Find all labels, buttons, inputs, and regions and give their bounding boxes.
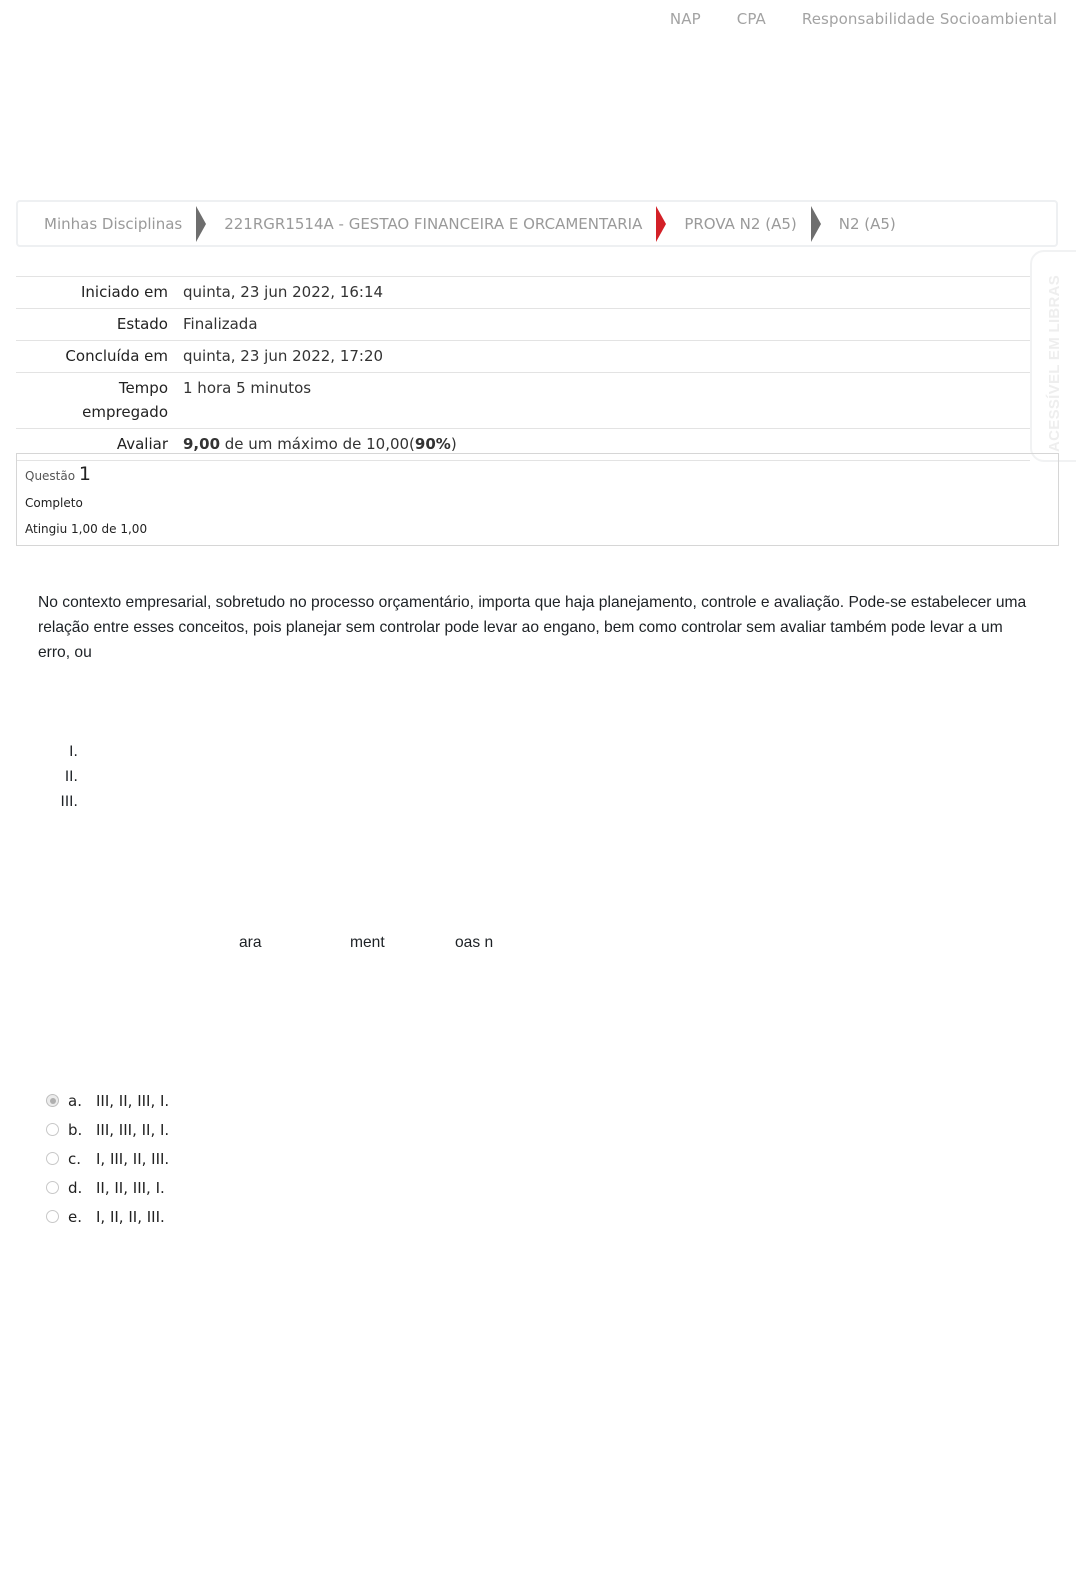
answer-options: a. III, II, III, I. b. III, III, II, I. …: [46, 1086, 169, 1231]
breadcrumb-minhas-disciplinas[interactable]: Minhas Disciplinas: [44, 215, 182, 233]
question-number-value: 1: [79, 463, 91, 485]
summary-row-state: Estado Finalizada: [16, 309, 1030, 341]
answer-text: I, II, II, III.: [96, 1208, 165, 1226]
question-text: No contexto empresarial, sobretudo no pr…: [38, 590, 1038, 665]
time-label-line1: Tempo: [119, 379, 168, 397]
radio-icon[interactable]: [46, 1152, 59, 1165]
answer-text: III, III, II, I.: [96, 1121, 169, 1139]
state-label: Estado: [16, 309, 183, 341]
question-status: Completo: [25, 490, 1050, 516]
summary-row-completed: Concluída em quinta, 23 jun 2022, 17:20: [16, 341, 1030, 373]
text-fragment: oas n: [455, 934, 493, 952]
radio-icon[interactable]: [46, 1181, 59, 1194]
top-nav: NAP CPA Responsabilidade Socioambiental: [634, 10, 1057, 28]
roman-item: III.: [50, 790, 78, 815]
radio-icon[interactable]: [46, 1210, 59, 1223]
question-number: Questão 1: [25, 460, 1050, 490]
breadcrumb-exam[interactable]: PROVA N2 (A5): [684, 215, 796, 233]
time-label: Tempoempregado: [16, 373, 183, 429]
radio-icon[interactable]: [46, 1123, 59, 1136]
question-label: Questão: [25, 469, 75, 483]
started-label: Iniciado em: [16, 277, 183, 309]
completed-value: quinta, 23 jun 2022, 17:20: [183, 341, 1030, 373]
answer-letter: a.: [68, 1092, 96, 1110]
nav-link-cpa[interactable]: CPA: [737, 10, 766, 28]
text-fragment: ment: [350, 934, 385, 952]
roman-list: I. II. III.: [50, 740, 78, 815]
answer-text: II, II, III, I.: [96, 1179, 165, 1197]
answer-letter: e.: [68, 1208, 96, 1226]
state-value: Finalizada: [183, 309, 1030, 341]
grade-max: de um máximo de 10,00(: [220, 435, 415, 453]
libras-accessibility-tab[interactable]: ACESSÍVEL EM LIBRAS: [1030, 250, 1076, 462]
breadcrumb-course[interactable]: 221RGR1514A - GESTAO FINANCEIRA E ORCAME…: [224, 215, 642, 233]
breadcrumb-current[interactable]: N2 (A5): [839, 215, 896, 233]
breadcrumb-arrow-icon: [656, 206, 666, 242]
breadcrumb-arrow-icon: [196, 206, 206, 242]
answer-letter: b.: [68, 1121, 96, 1139]
roman-item: I.: [50, 740, 78, 765]
attempt-summary-table: Iniciado em quinta, 23 jun 2022, 16:14 E…: [16, 276, 1030, 461]
answer-text: III, II, III, I.: [96, 1092, 169, 1110]
answer-option-d[interactable]: d. II, II, III, I.: [46, 1173, 169, 1202]
answer-text: I, III, II, III.: [96, 1150, 169, 1168]
answer-option-b[interactable]: b. III, III, II, I.: [46, 1115, 169, 1144]
nav-link-responsabilidade[interactable]: Responsabilidade Socioambiental: [802, 10, 1057, 28]
answer-option-e[interactable]: e. I, II, II, III.: [46, 1202, 169, 1231]
started-value: quinta, 23 jun 2022, 16:14: [183, 277, 1030, 309]
breadcrumb: Minhas Disciplinas 221RGR1514A - GESTAO …: [16, 200, 1058, 247]
summary-row-started: Iniciado em quinta, 23 jun 2022, 16:14: [16, 277, 1030, 309]
time-value: 1 hora 5 minutos: [183, 373, 1030, 429]
answer-letter: d.: [68, 1179, 96, 1197]
question-info-box: Questão 1 Completo Atingiu 1,00 de 1,00: [16, 453, 1059, 546]
answer-letter: c.: [68, 1150, 96, 1168]
question-mark: Atingiu 1,00 de 1,00: [25, 516, 1050, 542]
answer-option-a[interactable]: a. III, II, III, I.: [46, 1086, 169, 1115]
text-fragment: ara: [239, 934, 262, 952]
grade-score: 9,00: [183, 435, 220, 453]
completed-label: Concluída em: [16, 341, 183, 373]
radio-selected-icon[interactable]: [46, 1094, 59, 1107]
time-label-line2: empregado: [82, 403, 168, 421]
summary-row-time: Tempoempregado 1 hora 5 minutos: [16, 373, 1030, 429]
grade-percent: 90%: [415, 435, 451, 453]
answer-option-c[interactable]: c. I, III, II, III.: [46, 1144, 169, 1173]
nav-link-nap[interactable]: NAP: [670, 10, 701, 28]
libras-tab-label: ACESSÍVEL EM LIBRAS: [1046, 275, 1063, 452]
grade-close: ): [451, 435, 457, 453]
roman-item: II.: [50, 765, 78, 790]
breadcrumb-arrow-icon: [811, 206, 821, 242]
